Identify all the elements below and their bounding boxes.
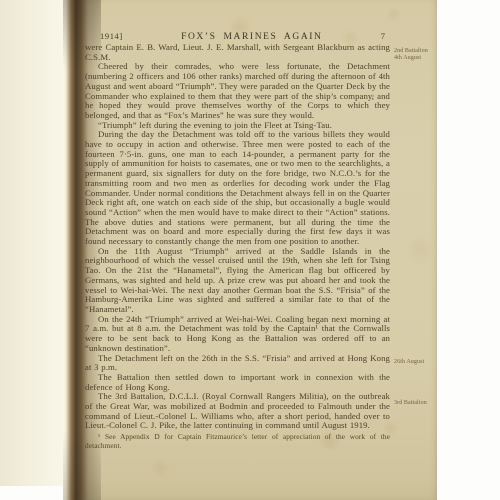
page-title: FOX’S MARINES AGAIN (181, 32, 322, 42)
margin-note-2nd-battalion: 2nd Battalion 4th August (394, 48, 438, 63)
margin-note-line: 26th August (394, 359, 438, 366)
paragraph: During the day the Detachment was told o… (85, 130, 390, 246)
margin-note-26th-august: 26th August (394, 359, 438, 366)
margin-note-3rd-battalion: 3rd Battalion (394, 400, 438, 407)
photo-background: 1914] FOX’S MARINES AGAIN 7 were Captain… (0, 0, 500, 500)
header-year: 1914] (100, 31, 123, 41)
paragraph: Cheered by their comrades, who were less… (85, 62, 390, 120)
paragraph: The Detachment left on the 26th in the S… (85, 354, 390, 373)
paragraph: The Battalion then settled down to impor… (85, 373, 390, 392)
page-header: 1914] FOX’S MARINES AGAIN 7 (85, 31, 390, 42)
paragraph-continuation: were Captain E. B. Ward, Lieut. J. E. Ma… (85, 43, 390, 62)
footnote: ¹ See Appendix D for Captain Fitzmaurice… (85, 433, 390, 451)
paragraph: On the 11th August “Triumph” arrived at … (85, 247, 390, 315)
margin-note-line: 2nd Battalion (394, 48, 438, 55)
margin-note-line: 3rd Battalion (394, 400, 438, 407)
body-text: were Captain E. B. Ward, Lieut. J. E. Ma… (85, 43, 390, 451)
paragraph: The 3rd Battalion, D.C.L.I. (Royal Cornw… (85, 392, 390, 431)
book-page: 1914] FOX’S MARINES AGAIN 7 were Captain… (63, 0, 437, 500)
page-number: 7 (381, 31, 385, 41)
paragraph: On the 24th “Triumph” arrived at Wei-hai… (85, 315, 390, 354)
margin-note-line: 4th August (394, 55, 438, 62)
facing-page-edge (0, 0, 63, 486)
